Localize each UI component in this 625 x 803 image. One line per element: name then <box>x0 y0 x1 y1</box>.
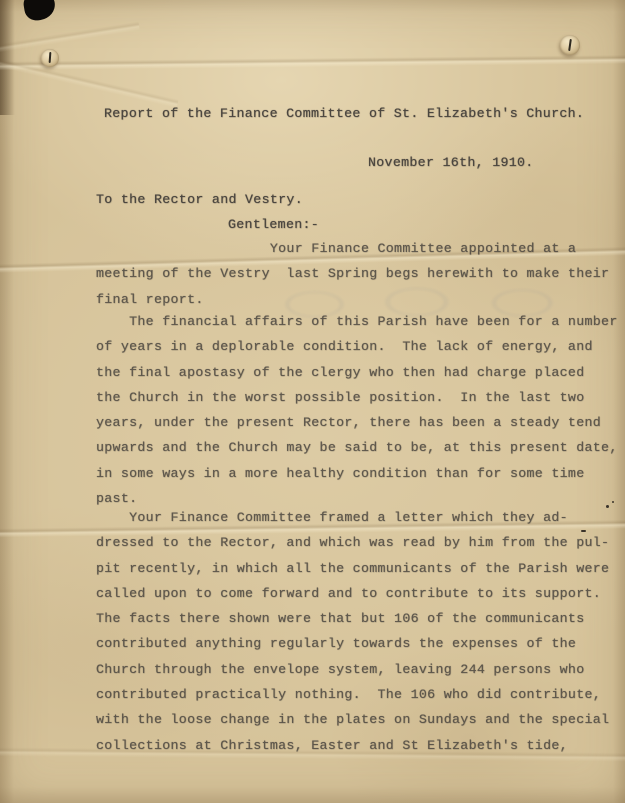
fastener-slit <box>568 39 572 51</box>
fold-crease-top <box>0 55 625 71</box>
paragraph-financial-affairs: The financial affairs of this Parish hav… <box>96 309 618 511</box>
paragraph-opening: Your Finance Committee appointed at a me… <box>96 236 609 312</box>
fastener-slit <box>49 52 52 63</box>
report-date: November 16th, 1910. <box>368 150 534 175</box>
ink-blot-icon <box>22 0 57 22</box>
left-edge-shadow <box>0 0 15 115</box>
salutation-line: To the Rector and Vestry. <box>96 187 303 212</box>
scanned-letter-page: Report of the Finance Committee of St. E… <box>0 0 625 803</box>
paragraph-committee-letter: Your Finance Committee framed a letter w… <box>96 505 609 758</box>
fold-crease-corner <box>0 21 140 53</box>
brass-fastener-icon <box>560 35 580 55</box>
greeting-line: Gentlemen:- <box>228 212 319 237</box>
brass-fastener-icon <box>41 49 59 67</box>
report-title: Report of the Finance Committee of St. E… <box>104 101 584 126</box>
